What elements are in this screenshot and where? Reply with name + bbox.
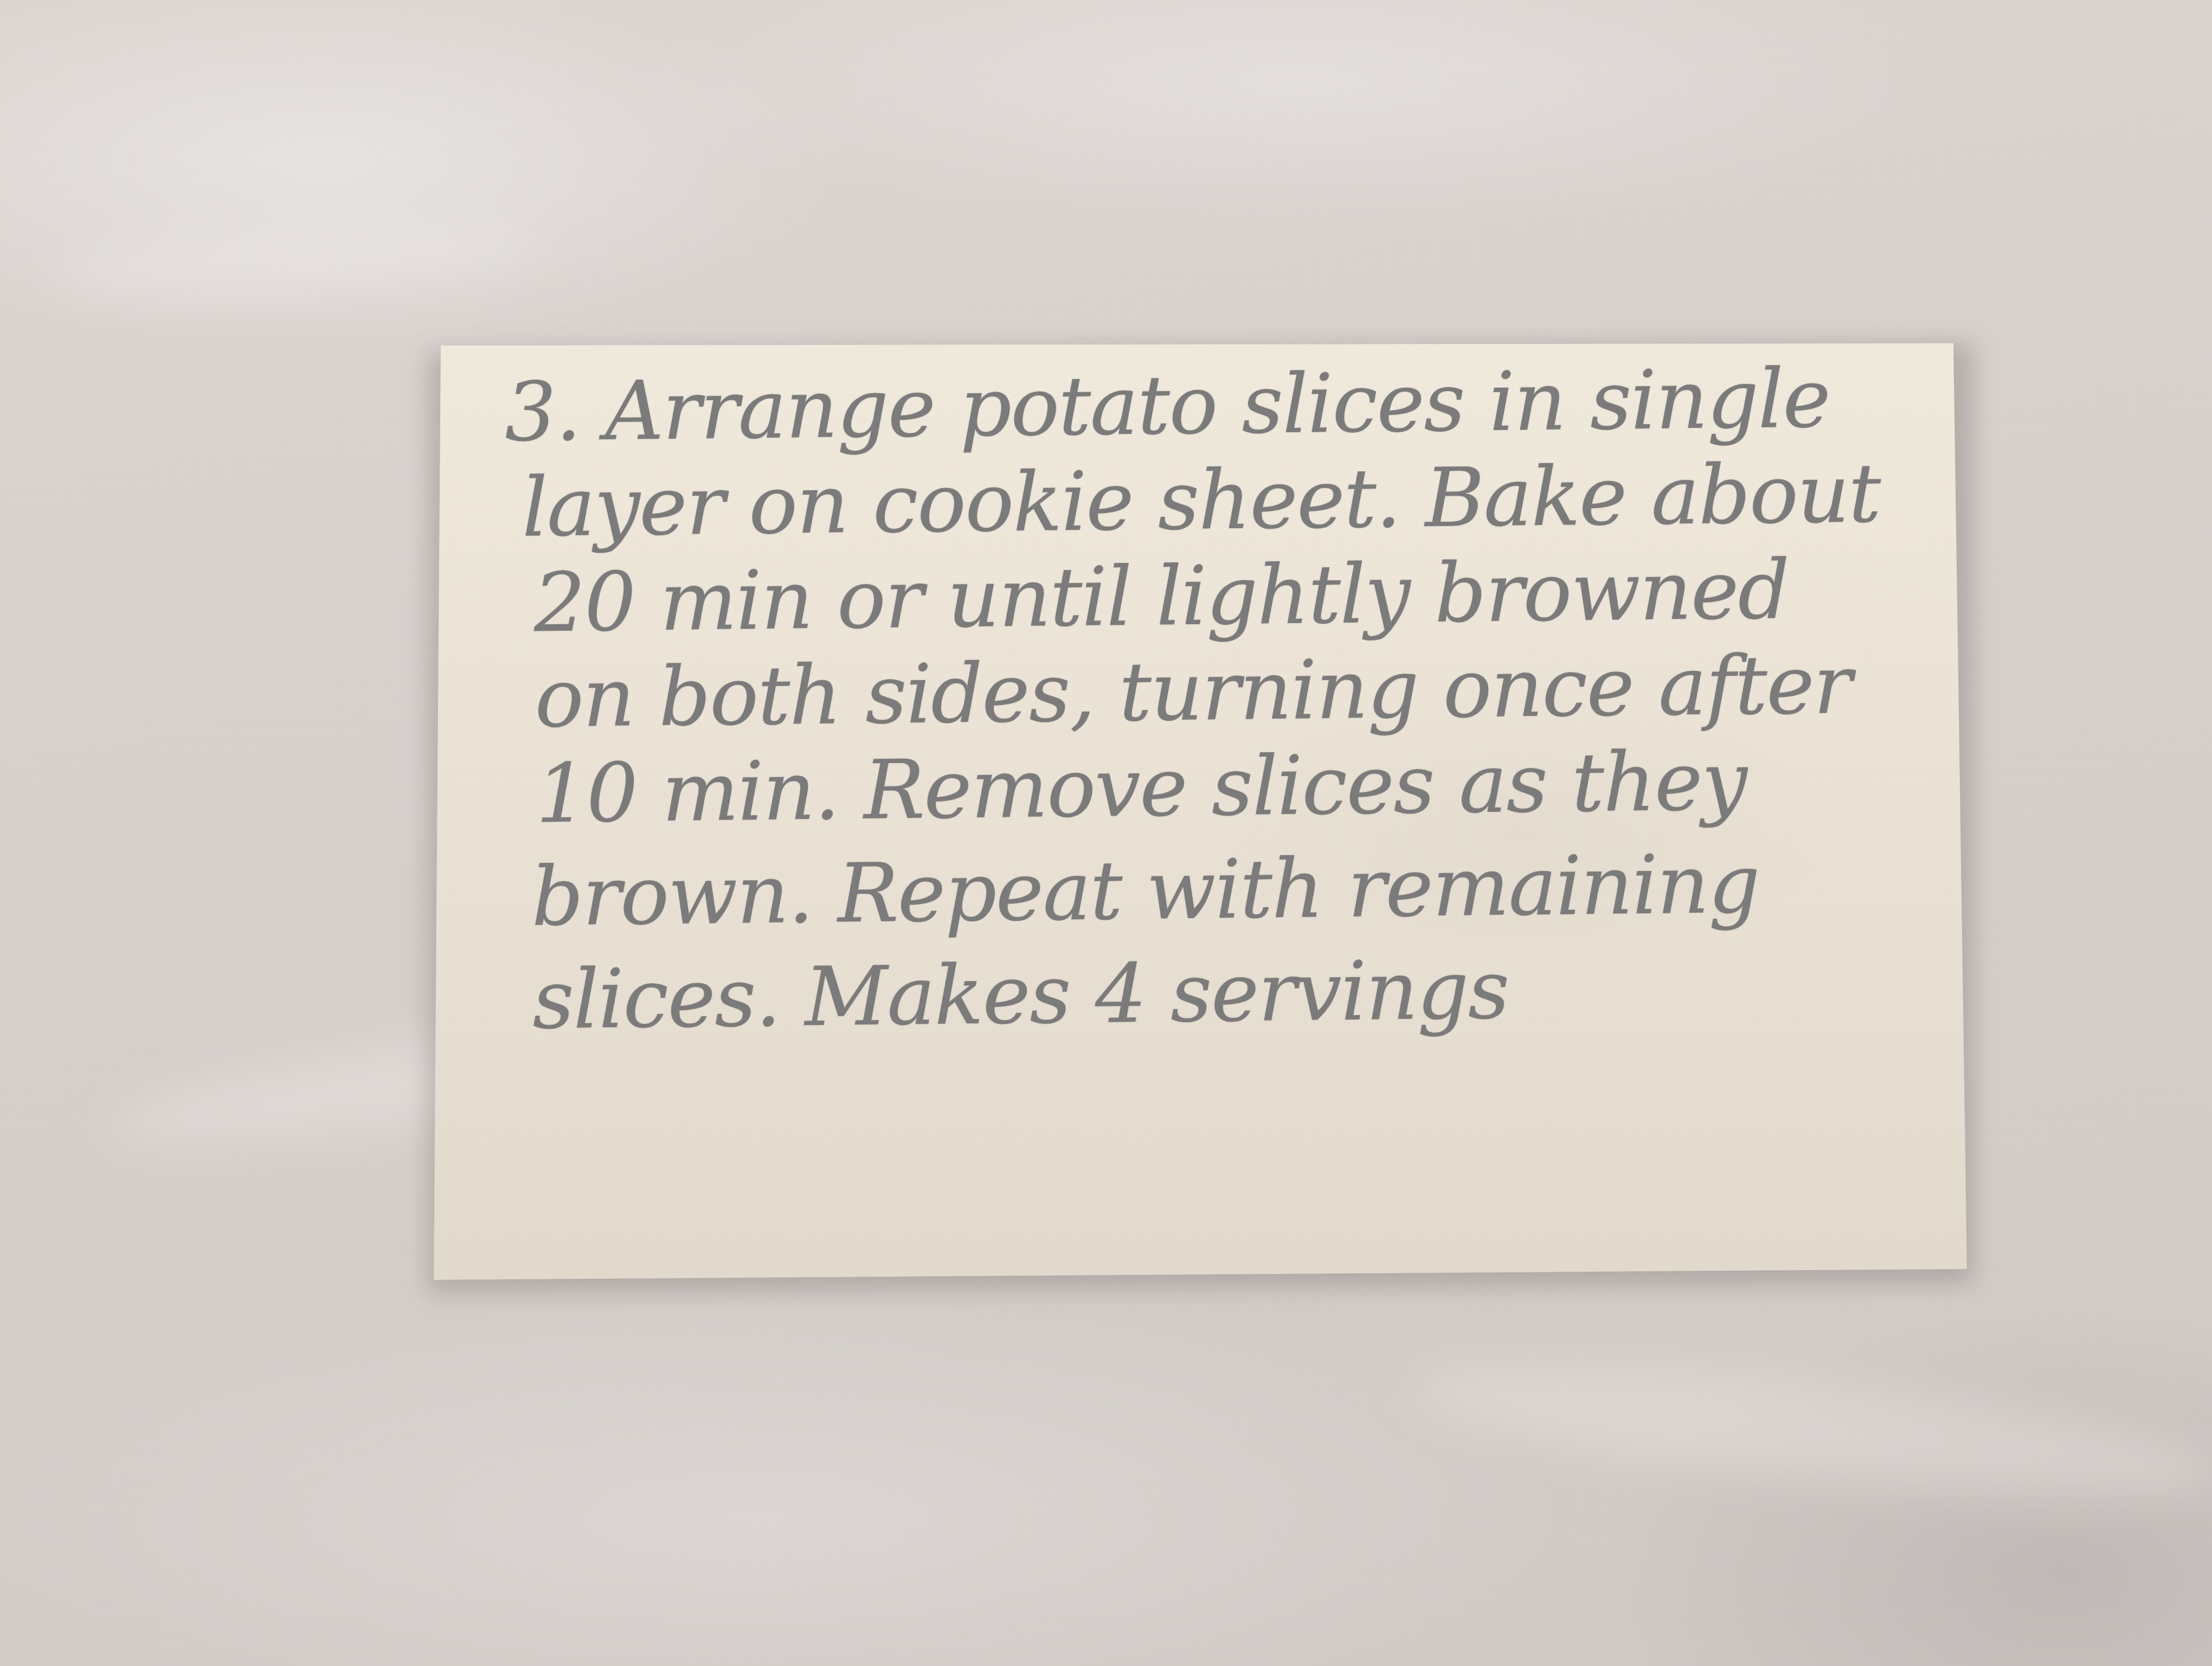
- handwritten-line: 3. Arrange potato slices in single: [504, 350, 1942, 460]
- handwritten-line: slices. Makes 4 servings: [510, 938, 1948, 1048]
- handwritten-line: 10 min. Remove slices as they: [508, 732, 1946, 842]
- marble-streak: [53, 211, 544, 310]
- handwritten-line: brown. Repeat with remaining: [509, 835, 1947, 945]
- handwritten-instructions: 3. Arrange potato slices in single layer…: [504, 350, 1948, 1048]
- handwritten-line: 20 min or until lightly browned: [506, 541, 1944, 651]
- handwritten-line: on both sides, turning once after: [507, 636, 1945, 747]
- recipe-card: 3. Arrange potato slices in single layer…: [434, 343, 1967, 1280]
- handwritten-line: layer on cookie sheet. Bake about: [505, 445, 1943, 556]
- marble-streak: [1407, 1341, 2212, 1523]
